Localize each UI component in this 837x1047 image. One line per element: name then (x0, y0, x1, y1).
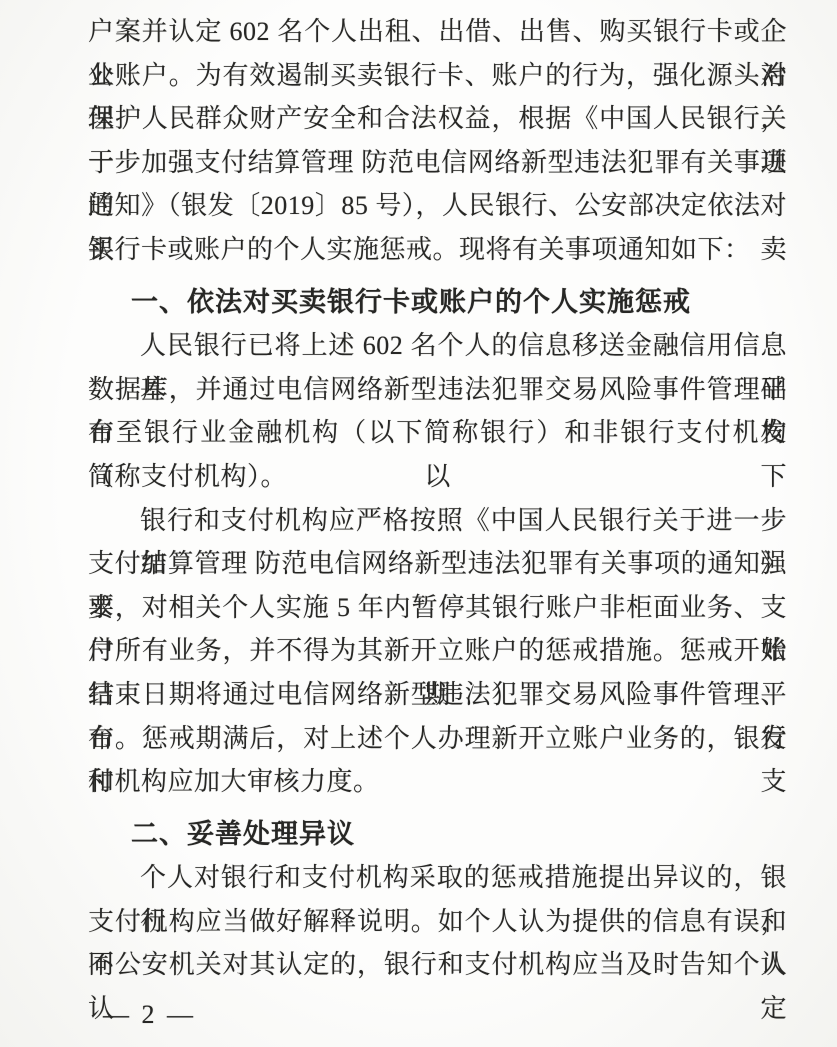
page-number: — 2 — (103, 1000, 196, 1029)
text-line: 一步加强支付结算管理 防范电信网络新型违法犯罪有关事项的 (88, 141, 787, 185)
text-line: 求，对相关个人实施 5 年内暂停其银行账户非柜面业务、支付账 (88, 586, 787, 630)
text-line: 结束日期将通过电信网络新型违法犯罪交易风险事件管理平台发 (88, 673, 787, 717)
text-line: 个人对银行和支付机构采取的惩戒措施提出异议的，银行和 (88, 856, 787, 900)
text-line: 支付机构应当做好解释说明。如个人认为提供的信息有误，不认 (88, 900, 787, 944)
text-line: 户案并认定 602 名个人出租、出借、出售、购买银行卡或企业对 (88, 10, 787, 54)
text-line: 通知》（银发〔2019〕85 号），人民银行、公安部决定依法对买卖 (88, 184, 787, 228)
text-line: 同公安机关对其认定的，银行和支付机构应当及时告知个人认定 (88, 943, 787, 987)
text-line: 银行卡或账户的个人实施惩戒。现将有关事项通知如下： (88, 228, 787, 272)
text-line: 户所有业务，并不得为其新开立账户的惩戒措施。惩戒开始日期、 (88, 629, 787, 673)
text-line: 公账户。为有效遏制买卖银行卡、账户的行为，强化源头治理， (88, 54, 787, 98)
document-page: 户案并认定 602 名个人出租、出借、出售、购买银行卡或企业对 公账户。为有效遏… (0, 0, 837, 1047)
section-heading-2: 二、妥善处理异议 (88, 813, 787, 857)
text-line: 数据库，并通过电信网络新型违法犯罪交易风险事件管理平台发 (88, 368, 787, 412)
text-line: 人民银行已将上述 602 名个人的信息移送金融信用信息基础 (88, 324, 787, 368)
text-line: 支付结算管理 防范电信网络新型违法犯罪有关事项的通知》要 (88, 542, 787, 586)
text-line: 保护人民群众财产安全和合法权益，根据《中国人民银行关于进 (88, 97, 787, 141)
text-line: 布。惩戒期满后，对上述个人办理新开立账户业务的，银行和支 (88, 717, 787, 761)
text-line: 银行和支付机构应严格按照《中国人民银行关于进一步加强 (88, 499, 787, 543)
section-heading-1: 一、依法对买卖银行卡或账户的个人实施惩戒 (88, 281, 787, 325)
text-line: 布至银行业金融机构（以下简称银行）和非银行支付机构（以下 (88, 411, 787, 455)
